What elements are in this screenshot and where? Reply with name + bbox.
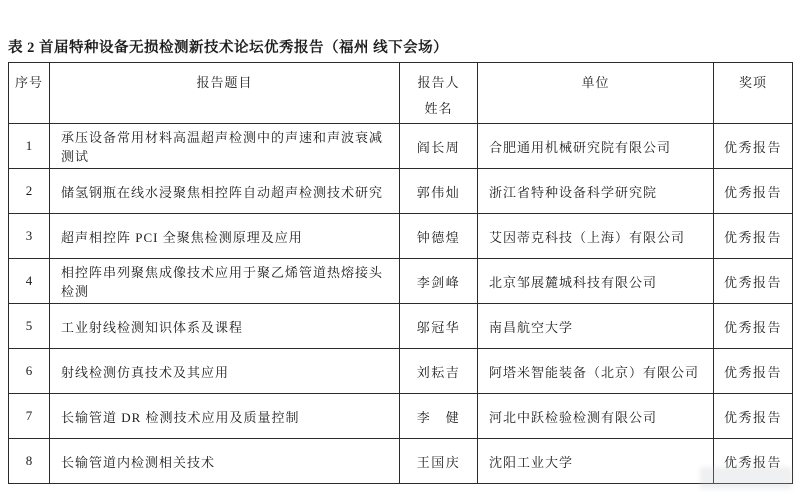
- row-index: 3: [9, 214, 50, 259]
- awards-table: 序号 报告题目 报告人姓名 单位 奖项 1 承压设备常用材料高温超声检测中的声速…: [8, 62, 793, 484]
- report-title: 长输管道 DR 检测技术应用及质量控制: [50, 394, 400, 439]
- table-row: 1 承压设备常用材料高温超声检测中的声速和声波衰减测试 阎长周 合肥通用机械研究…: [9, 124, 793, 169]
- award: 优秀报告: [714, 394, 793, 439]
- row-index: 4: [9, 259, 50, 304]
- col-header-presenter-name: 报告人姓名: [400, 63, 478, 124]
- report-title: 长输管道内检测相关技术: [50, 439, 400, 484]
- table-row: 4 相控阵串列聚焦成像技术应用于聚乙烯管道热熔接头检测 李剑峰 北京邹展麓城科技…: [9, 259, 793, 304]
- award: 优秀报告: [714, 349, 793, 394]
- presenter-name: 邬冠华: [400, 304, 478, 349]
- organization: 北京邹展麓城科技有限公司: [478, 259, 714, 304]
- col-header-index: 序号: [9, 63, 50, 124]
- award: 优秀报告: [714, 259, 793, 304]
- document-page: 表 2 首届特种设备无损检测新技术论坛优秀报告（福州 线下会场） 序号 报告题目…: [0, 0, 800, 493]
- presenter-name: 钟德煌: [400, 214, 478, 259]
- report-title: 承压设备常用材料高温超声检测中的声速和声波衰减测试: [50, 124, 400, 169]
- presenter-name: 郭伟灿: [400, 169, 478, 214]
- presenter-name: 阎长周: [400, 124, 478, 169]
- table-row: 5 工业射线检测知识体系及课程 邬冠华 南昌航空大学 优秀报告: [9, 304, 793, 349]
- organization: 河北中跃检验检测有限公司: [478, 394, 714, 439]
- row-index: 6: [9, 349, 50, 394]
- row-index: 8: [9, 439, 50, 484]
- row-index: 5: [9, 304, 50, 349]
- award: 优秀报告: [714, 124, 793, 169]
- table-row: 6 射线检测仿真技术及其应用 刘耘吉 阿塔米智能装备（北京）有限公司 优秀报告: [9, 349, 793, 394]
- table-header-row: 序号 报告题目 报告人姓名 单位 奖项: [9, 63, 793, 124]
- presenter-name: 李 健: [400, 394, 478, 439]
- col-header-report-title: 报告题目: [50, 63, 400, 124]
- col-header-award: 奖项: [714, 63, 793, 124]
- col-header-organization: 单位: [478, 63, 714, 124]
- organization: 浙江省特种设备科学研究院: [478, 169, 714, 214]
- award: 优秀报告: [714, 169, 793, 214]
- presenter-name: 刘耘吉: [400, 349, 478, 394]
- presenter-name: 王国庆: [400, 439, 478, 484]
- row-index: 7: [9, 394, 50, 439]
- presenter-name: 李剑峰: [400, 259, 478, 304]
- organization: 阿塔米智能装备（北京）有限公司: [478, 349, 714, 394]
- faint-watermark: [700, 467, 792, 489]
- row-index: 1: [9, 124, 50, 169]
- organization: 合肥通用机械研究院有限公司: [478, 124, 714, 169]
- organization: 艾因蒂克科技（上海）有限公司: [478, 214, 714, 259]
- table-row: 2 储氢钢瓶在线水浸聚焦相控阵自动超声检测技术研究 郭伟灿 浙江省特种设备科学研…: [9, 169, 793, 214]
- table-row: 8 长输管道内检测相关技术 王国庆 沈阳工业大学 优秀报告: [9, 439, 793, 484]
- table-caption: 表 2 首届特种设备无损检测新技术论坛优秀报告（福州 线下会场）: [8, 36, 448, 57]
- report-title: 相控阵串列聚焦成像技术应用于聚乙烯管道热熔接头检测: [50, 259, 400, 304]
- report-title: 工业射线检测知识体系及课程: [50, 304, 400, 349]
- organization: 南昌航空大学: [478, 304, 714, 349]
- report-title: 射线检测仿真技术及其应用: [50, 349, 400, 394]
- report-title: 储氢钢瓶在线水浸聚焦相控阵自动超声检测技术研究: [50, 169, 400, 214]
- award: 优秀报告: [714, 304, 793, 349]
- table-row: 7 长输管道 DR 检测技术应用及质量控制 李 健 河北中跃检验检测有限公司 优…: [9, 394, 793, 439]
- table-row: 3 超声相控阵 PCI 全聚焦检测原理及应用 钟德煌 艾因蒂克科技（上海）有限公…: [9, 214, 793, 259]
- row-index: 2: [9, 169, 50, 214]
- award: 优秀报告: [714, 214, 793, 259]
- report-title: 超声相控阵 PCI 全聚焦检测原理及应用: [50, 214, 400, 259]
- organization: 沈阳工业大学: [478, 439, 714, 484]
